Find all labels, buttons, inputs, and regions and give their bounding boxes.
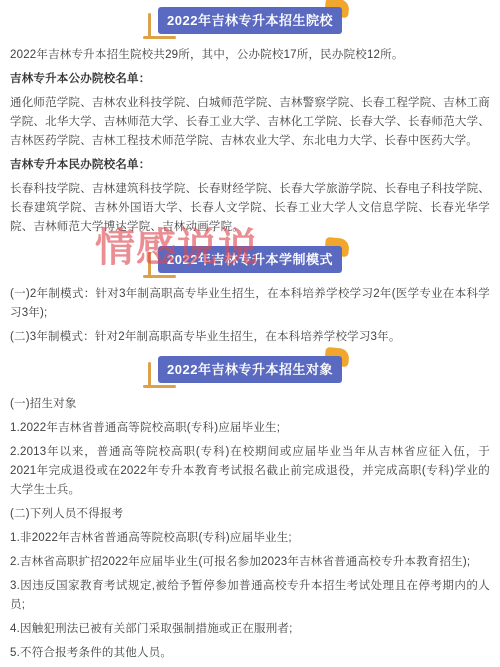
ineligible-item: 4.因触犯刑法已被有关部门采取强制措施或正在服刑者; (10, 620, 490, 639)
mode-2year-paragraph: (一)2年制模式：针对3年制高职高专毕业生招生，在本科培养学校学习2年(医学专业… (10, 285, 490, 323)
section1-banner-title: 2022年吉林专升本招生院校 (158, 7, 342, 34)
section1-banner-wrap: 2022年吉林专升本招生院校 (158, 7, 342, 34)
orange-horizontal-line-decoration (143, 385, 176, 388)
eligible-item: 2.2013年以来，普通高等院校高职(专科)在校期间或应届毕业当年从吉林省应征入… (10, 443, 490, 500)
orange-horizontal-line-decoration (143, 36, 176, 39)
eligible-heading: (一)招生对象 (10, 395, 490, 414)
public-schools-list: 通化师范学院、吉林农业科技学院、白城师范学院、吉林警察学院、长春工程学院、吉林工… (10, 94, 490, 151)
section3-banner-wrap: 2022年吉林专升本招生对象 (158, 356, 342, 383)
public-schools-heading: 吉林专升本公办院校名单： (10, 70, 490, 89)
ineligible-heading: (二)下列人员不得报考 (10, 505, 490, 524)
article-page: 2022年吉林专升本招生院校 2022年吉林专升本招生院校共29所，其中，公办院… (0, 0, 500, 667)
eligible-item: 1.2022年吉林省普通高等院校高职(专科)应届毕业生; (10, 419, 490, 438)
section2-banner-wrap: 2022年吉林专升本学制模式 (158, 246, 342, 273)
private-schools-list: 长春科技学院、吉林建筑科技学院、长春财经学院、长春大学旅游学院、长春电子科技学院… (10, 180, 490, 237)
intro-paragraph: 2022年吉林专升本招生院校共29所，其中，公办院校17所，民办院校12所。 (10, 46, 490, 65)
private-schools-heading: 吉林专升本民办院校名单： (10, 156, 490, 175)
ineligible-item: 2.吉林省高职扩招2022年应届毕业生(可报名参加2023年吉林省普通高校专升本… (10, 553, 490, 572)
ineligible-item: 5.不符合报考条件的其他人员。 (10, 644, 490, 663)
section3-banner-title: 2022年吉林专升本招生对象 (158, 356, 342, 383)
orange-horizontal-line-decoration (143, 275, 176, 278)
section2-banner-title: 2022年吉林专升本学制模式 (158, 246, 342, 273)
mode-3year-paragraph: (二)3年制模式：针对2年制高职高专毕业生招生，在本科培养学校学习3年。 (10, 328, 490, 347)
ineligible-item: 3.因违反国家教育考试规定,被给予暂停参加普通高校专升本招生考试处理且在停考期内… (10, 577, 490, 615)
ineligible-item: 1.非2022年吉林省普通高等院校高职(专科)应届毕业生; (10, 529, 490, 548)
